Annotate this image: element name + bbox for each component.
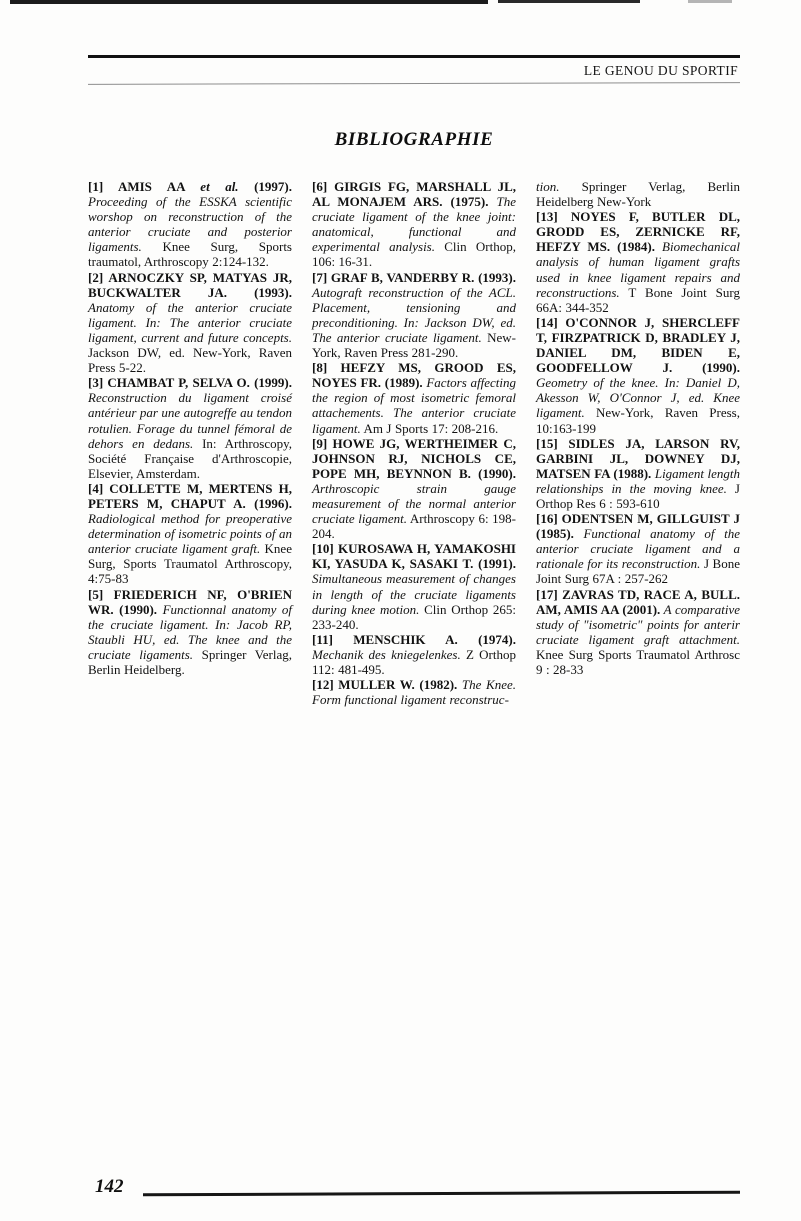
- reference-text-segment: [7] GRAF B, VANDERBY R. (1993).: [312, 270, 516, 285]
- reference-text-segment: Springer Verlag, Berlin Heidelberg New-Y…: [536, 179, 740, 209]
- reference-text-segment: [10] KUROSAWA H, YAMAKOSHI KI, YASUDA K,…: [312, 541, 516, 571]
- reference-text-segment: [11] MENSCHIK A. (1974).: [312, 632, 516, 647]
- bibliography-reference: [13] NOYES F, BUTLER DL, GRODD ES, ZERNI…: [536, 209, 740, 315]
- running-header-title: LE GENOU DU SPORTIF: [88, 58, 740, 83]
- footer-rule: [143, 1191, 740, 1196]
- reference-text-segment: [9] HOWE JG, WERTHEIMER C, JOHNSON RJ, N…: [312, 436, 516, 481]
- bibliography-reference: [4] COLLETTE M, MERTENS H, PETERS M, CHA…: [88, 481, 292, 587]
- reference-text-segment: [14] O'CONNOR J, SHERCLEFF T, FIRZPATRIC…: [536, 315, 740, 375]
- reference-text-segment: Mechanik des kniegelenkes.: [312, 647, 461, 662]
- bibliography-reference: [14] O'CONNOR J, SHERCLEFF T, FIRZPATRIC…: [536, 315, 740, 436]
- reference-text-segment: [6] GIRGIS FG, MARSHALL JL, AL MONAJEM A…: [312, 179, 516, 209]
- scan-edge-artifact: [688, 0, 732, 3]
- reference-text-segment: Jackson DW, ed. New-York, Raven Press 5-…: [88, 345, 292, 375]
- reference-text-segment: [4] COLLETTE M, MERTENS H, PETERS M, CHA…: [88, 481, 292, 511]
- bibliography: [1] AMIS AA et al. (1997). Proceeding of…: [88, 179, 740, 707]
- reference-text-segment: [1] AMIS AA: [88, 179, 200, 194]
- bibliography-column-3: tion. Springer Verlag, Berlin Heidelberg…: [536, 179, 740, 707]
- bibliography-reference: [12] MULLER W. (1982). The Knee. Form fu…: [312, 677, 516, 707]
- bibliography-reference: [2] ARNOCZKY SP, MATYAS JR, BUCKWALTER J…: [88, 270, 292, 376]
- reference-text-segment: (1997).: [239, 179, 292, 194]
- reference-text-segment: [3] CHAMBAT P, SELVA O. (1999).: [88, 375, 292, 390]
- bibliography-column-2: [6] GIRGIS FG, MARSHALL JL, AL MONAJEM A…: [312, 179, 516, 707]
- bibliography-reference: [10] KUROSAWA H, YAMAKOSHI KI, YASUDA K,…: [312, 541, 516, 632]
- scan-edge-artifact: [498, 0, 640, 3]
- bibliography-reference: [8] HEFZY MS, GROOD ES, NOYES FR. (1989)…: [312, 360, 516, 435]
- bibliography-reference: [9] HOWE JG, WERTHEIMER C, JOHNSON RJ, N…: [312, 436, 516, 542]
- reference-text-segment: Knee Surg Sports Traumatol Arthrosc 9 : …: [536, 647, 740, 677]
- reference-text-segment: Am J Sports 17: 208-216.: [361, 421, 499, 436]
- reference-text-segment: Anatomy of the anterior cruciate ligamen…: [88, 300, 292, 345]
- bibliography-reference: [16] ODENTSEN M, GILLGUIST J (1985). Fun…: [536, 511, 740, 586]
- bibliography-reference: [15] SIDLES JA, LARSON RV, GARBINI JL, D…: [536, 436, 740, 511]
- bibliography-reference: [11] MENSCHIK A. (1974). Mechanik des kn…: [312, 632, 516, 677]
- bibliography-reference: [1] AMIS AA et al. (1997). Proceeding of…: [88, 179, 292, 270]
- bibliography-reference: [3] CHAMBAT P, SELVA O. (1999). Reconstr…: [88, 375, 292, 481]
- reference-text-segment: [2] ARNOCZKY SP, MATYAS JR, BUCKWALTER J…: [88, 270, 292, 300]
- bibliography-reference: [7] GRAF B, VANDERBY R. (1993). Autograf…: [312, 270, 516, 361]
- reference-text-segment: [12] MULLER W. (1982).: [312, 677, 457, 692]
- scan-edge-artifact: [10, 0, 488, 4]
- bibliography-reference: tion. Springer Verlag, Berlin Heidelberg…: [536, 179, 740, 209]
- bibliography-reference: [6] GIRGIS FG, MARSHALL JL, AL MONAJEM A…: [312, 179, 516, 270]
- running-header: LE GENOU DU SPORTIF: [88, 55, 740, 84]
- page-title: BIBLIOGRAPHIE: [88, 129, 740, 151]
- bibliography-reference: [17] ZAVRAS TD, RACE A, BULL. AM, AMIS A…: [536, 587, 740, 678]
- reference-text-segment: tion.: [536, 179, 559, 194]
- bibliography-reference: [5] FRIEDERICH NF, O'BRIEN WR. (1990). F…: [88, 587, 292, 678]
- page-number: 142: [95, 1176, 124, 1198]
- reference-text-segment: et al.: [200, 179, 238, 194]
- bibliography-column-1: [1] AMIS AA et al. (1997). Proceeding of…: [88, 179, 292, 707]
- scanned-document-page: LE GENOU DU SPORTIF BIBLIOGRAPHIE [1] AM…: [0, 0, 801, 1221]
